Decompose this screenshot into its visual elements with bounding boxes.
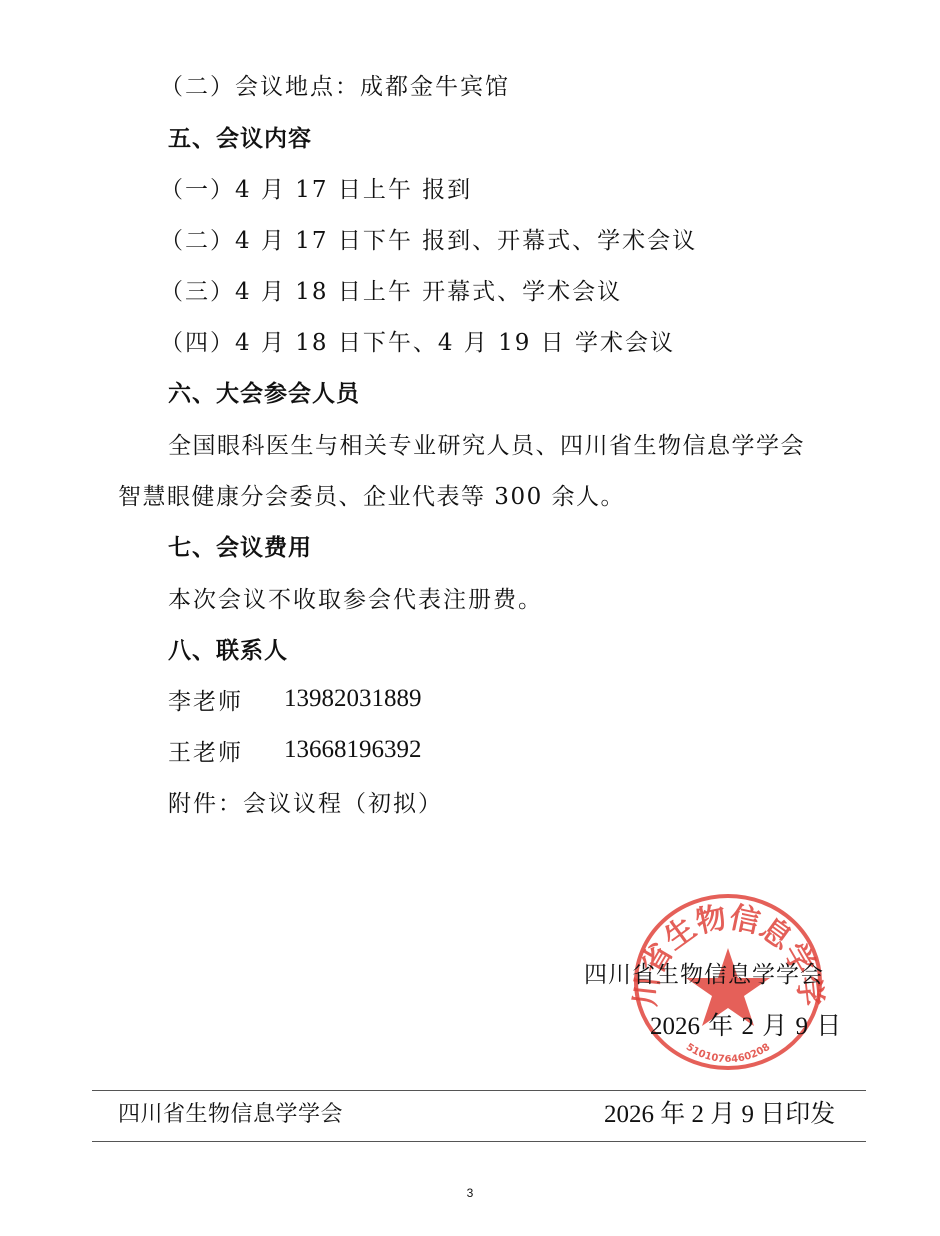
agenda-item: （三）4 月 18 日上午 开幕式、学术会议 — [160, 277, 622, 307]
section-heading-attendees: 六、大会参会人员 — [168, 379, 360, 409]
contact-name: 李老师 — [168, 687, 243, 717]
page-number: 3 — [0, 1186, 940, 1200]
venue-line: （二）会议地点：成都金牛宾馆 — [160, 72, 510, 102]
attachment-line: 附件：会议议程（初拟） — [168, 789, 443, 819]
contact-name: 王老师 — [168, 738, 243, 768]
section-heading-content: 五、会议内容 — [168, 124, 312, 154]
fees-paragraph: 本次会议不收取参会代表注册费。 — [168, 585, 543, 615]
attendees-paragraph-line2: 智慧眼健康分会委员、企业代表等 300 余人。 — [118, 482, 625, 512]
contact-phone: 13668196392 — [284, 736, 422, 764]
footer-rule-bottom — [92, 1141, 866, 1142]
agenda-item: （二）4 月 17 日下午 报到、开幕式、学术会议 — [160, 226, 697, 256]
footer-org: 四川省生物信息学学会 — [118, 1100, 343, 1130]
section-heading-fees: 七、会议费用 — [168, 533, 312, 563]
contact-phone: 13982031889 — [284, 685, 422, 713]
agenda-item: （四）4 月 18 日下午、4 月 19 日 学术会议 — [160, 328, 675, 358]
signature-date: 2026 年 2 月 9 日 — [650, 1012, 841, 1042]
footer-print-date: 2026 年 2 月 9 日印发 — [604, 1100, 835, 1130]
attendees-paragraph-line1: 全国眼科医生与相关专业研究人员、四川省生物信息学学会 — [168, 431, 805, 461]
footer-rule-top — [92, 1090, 866, 1091]
agenda-item: （一）4 月 17 日上午 报到 — [160, 175, 472, 205]
section-heading-contacts: 八、联系人 — [168, 636, 288, 666]
signature-org: 四川省生物信息学学会 — [584, 960, 824, 990]
